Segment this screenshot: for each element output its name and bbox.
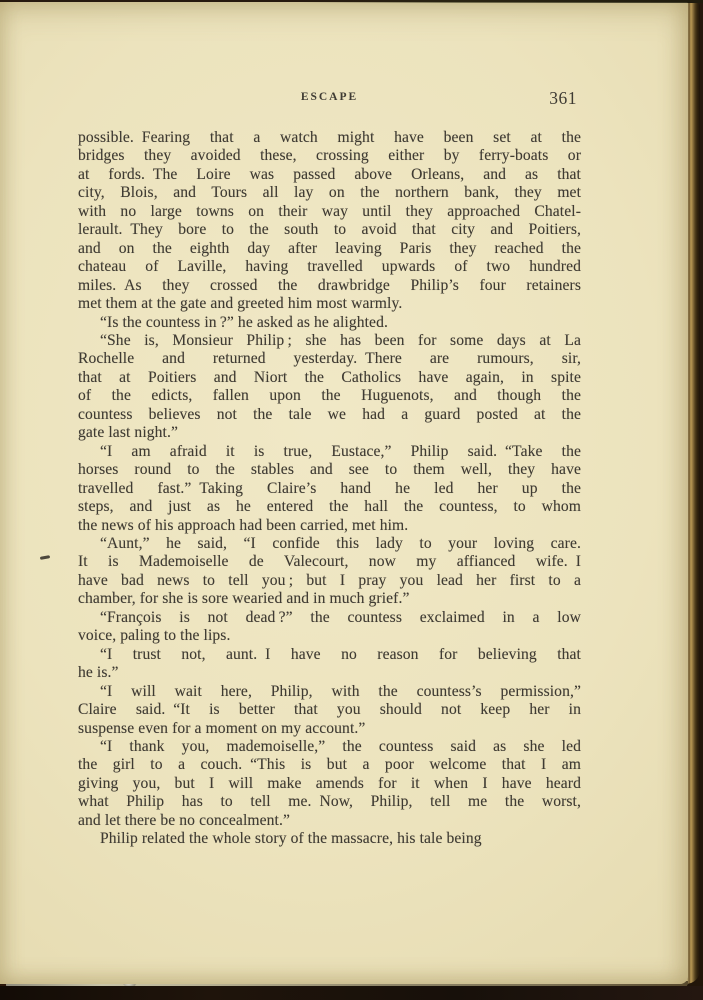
text-line: giving you, but I will make amends for i… (78, 775, 581, 793)
text-line: city, Blois, and Tours all lay on the no… (78, 184, 581, 202)
text-line: what Philip has to tell me. Now, Philip,… (78, 793, 581, 811)
text-line: the news of his approach had been carrie… (78, 517, 581, 535)
text-line: Claire said. “It is better that you shou… (78, 701, 581, 719)
text-line: “I thank you, mademoiselle,” the countes… (78, 738, 581, 756)
text-line: It is Mademoiselle de Valecourt, now my … (78, 553, 581, 571)
page-top-shadow-edge (300, 0, 703, 3)
text-line: chamber, for she is sore wearied and in … (78, 590, 581, 608)
text-line: gate last night.” (78, 424, 581, 442)
text-line: travelled fast.” Taking Claire’s hand he… (78, 480, 581, 498)
text-line: and let there be no concealment.” (78, 812, 581, 830)
text-line: horses round to the stables and see to t… (78, 461, 581, 479)
text-line: have bad news to tell you ; but I pray y… (78, 572, 581, 590)
text-line: “I will wait here, Philip, with the coun… (78, 683, 581, 701)
text-line: and on the eighth day after leaving Pari… (78, 240, 581, 258)
text-block: possible. Fearing that a watch might hav… (78, 129, 581, 849)
text-line: “Is the countess in ?” he asked as he al… (78, 314, 581, 332)
text-line: chateau of Laville, having travelled upw… (78, 258, 581, 276)
text-line: “She is, Monsieur Philip ; she has been … (78, 332, 581, 350)
text-line: the girl to a couch. “This is but a poor… (78, 756, 581, 774)
text-line: at fords. The Loire was passed above Orl… (78, 166, 581, 184)
text-line: Philip related the whole story of the ma… (78, 830, 581, 848)
book-page: ESCAPE 361 possible. Fearing that a watc… (0, 2, 688, 984)
text-line: met them at the gate and greeted him mos… (78, 295, 581, 313)
page-number: 361 (549, 88, 577, 109)
text-line: “François is not dead ?” the countess ex… (78, 609, 581, 627)
text-line: lerault. They bore to the south to avoid… (78, 221, 581, 239)
text-line: Rochelle and returned yesterday. There a… (78, 350, 581, 368)
text-line: miles. As they crossed the drawbridge Ph… (78, 277, 581, 295)
book-cover-bottom-band (0, 986, 703, 1000)
text-line: with no large towns on their way until t… (78, 203, 581, 221)
text-line: suspense even for a moment on my account… (78, 720, 581, 738)
text-line: “I am afraid it is true, Eustace,” Phili… (78, 443, 581, 461)
running-title: ESCAPE (78, 91, 581, 103)
running-header: ESCAPE 361 (78, 91, 581, 109)
text-line: of the edicts, fallen upon the Huguenots… (78, 387, 581, 405)
text-line: voice, paling to the lips. (78, 627, 581, 645)
text-line: he is.” (78, 664, 581, 682)
text-line: “Aunt,” he said, “I confide this lady to… (78, 535, 581, 553)
text-line: steps, and just as he entered the hall t… (78, 498, 581, 516)
text-line: bridges they avoided these, crossing eit… (78, 147, 581, 165)
text-line: possible. Fearing that a watch might hav… (78, 129, 581, 147)
text-line: that at Poitiers and Niort the Catholics… (78, 369, 581, 387)
text-line: “I trust not, aunt. I have no reason for… (78, 646, 581, 664)
text-line: countess believes not the tale we had a … (78, 406, 581, 424)
margin-mark (40, 555, 50, 560)
